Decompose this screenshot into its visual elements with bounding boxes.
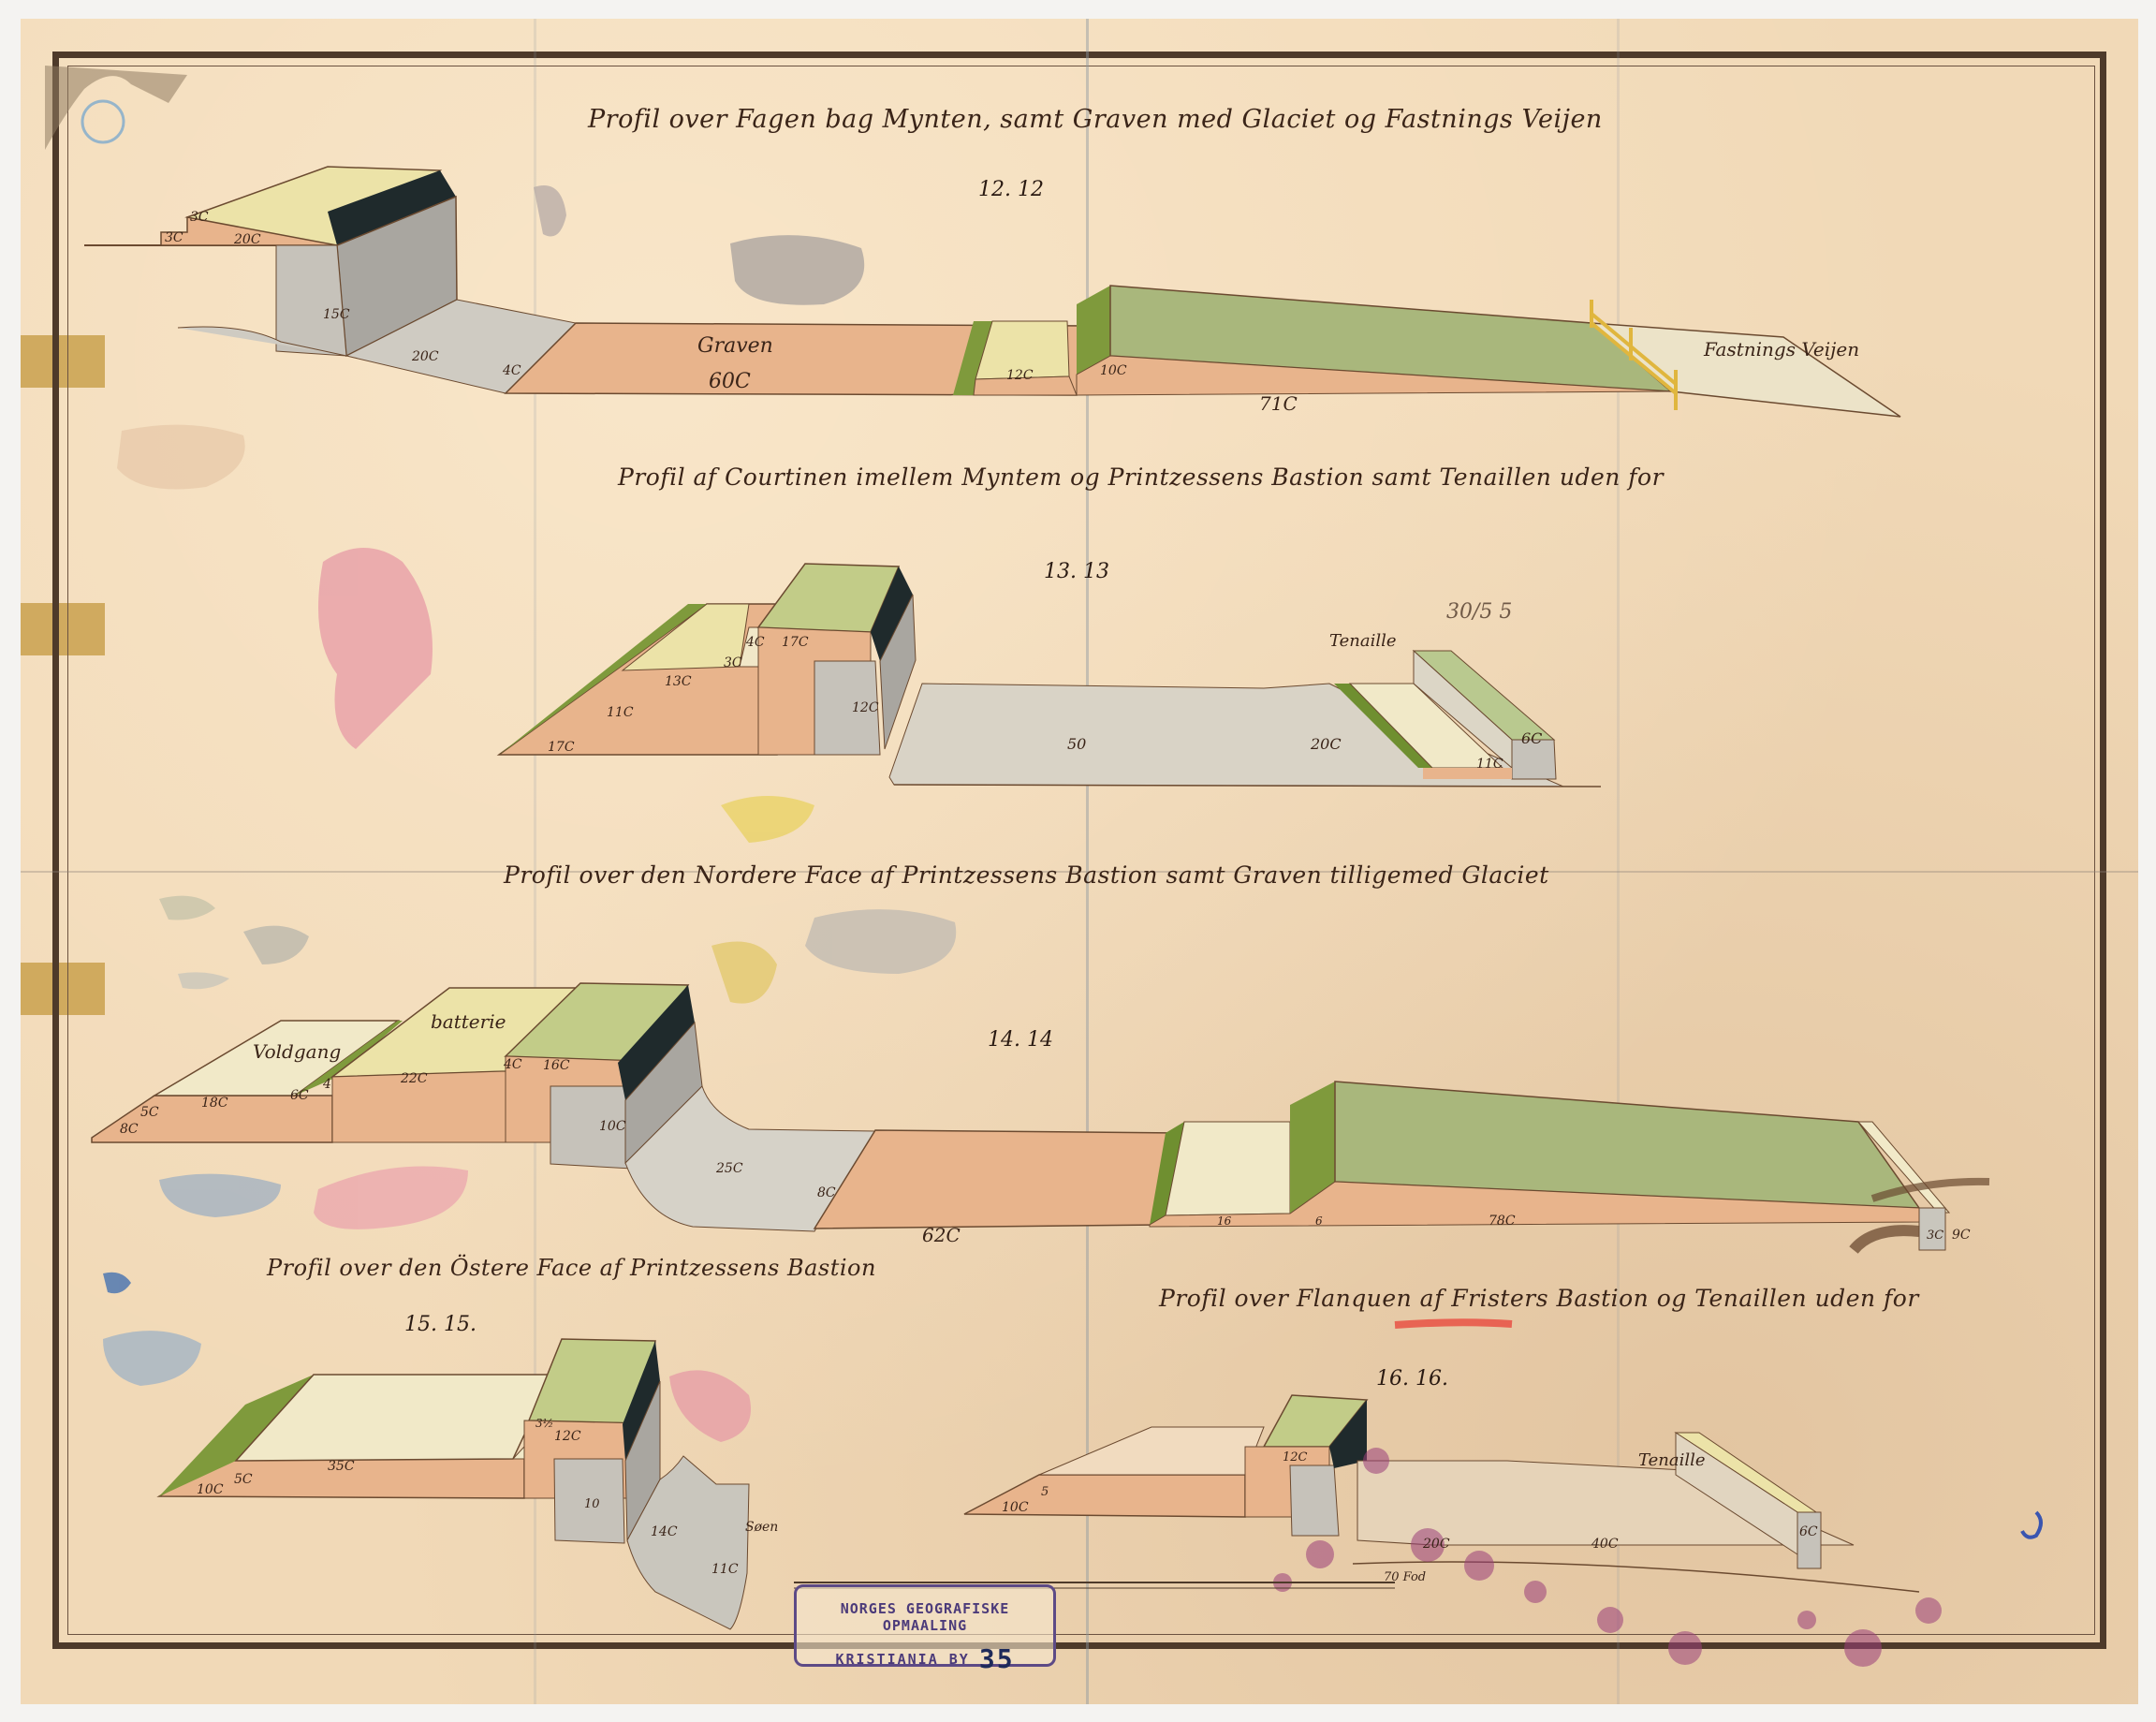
svg-text:11C: 11C [711, 1562, 739, 1577]
svg-text:71C: 71C [1259, 392, 1298, 415]
svg-text:6: 6 [1315, 1214, 1323, 1228]
svg-text:22C: 22C [400, 1071, 428, 1086]
svg-text:Voldgang: Voldgang [253, 1040, 341, 1063]
red-underline [1395, 1322, 1512, 1325]
svg-text:50: 50 [1067, 735, 1086, 753]
profile-13-title: Profil af Courtinen imellem Myntem og Pr… [618, 464, 1664, 491]
stamp-line-1: NORGES GEOGRAFISKE OPMAALING [797, 1600, 1053, 1634]
profile-15-title: Profil over den Östere Face af Printzess… [267, 1255, 876, 1281]
svg-text:5C: 5C [140, 1105, 159, 1120]
svg-text:35C: 35C [328, 1459, 355, 1474]
svg-text:10C: 10C [1002, 1500, 1029, 1515]
profile-12-title: Profil over Fagen bag Mynten, samt Grave… [588, 105, 1603, 134]
svg-text:17C: 17C [548, 740, 575, 755]
svg-text:13C: 13C [665, 674, 692, 689]
profile-12-number: 12. 12 [978, 178, 1044, 201]
profile-15-number: 15. 15. [404, 1313, 477, 1336]
svg-text:3C: 3C [190, 210, 209, 225]
svg-text:20C: 20C [1310, 735, 1342, 753]
svg-text:6C: 6C [1521, 729, 1542, 747]
svg-text:3C: 3C [1927, 1229, 1943, 1243]
svg-text:4C: 4C [502, 363, 521, 378]
svg-text:8C: 8C [817, 1185, 836, 1200]
profile-16-title: Profil over Flanquen af Fristers Bastion… [1159, 1285, 1919, 1312]
svg-text:25C: 25C [715, 1161, 743, 1176]
svg-text:15C: 15C [323, 307, 350, 322]
svg-text:10C: 10C [197, 1482, 224, 1497]
svg-text:6C: 6C [290, 1088, 309, 1103]
profile-16-number: 16. 16. [1376, 1367, 1448, 1391]
profile-13-number: 13. 13 [1044, 560, 1109, 583]
svg-text:3C: 3C [724, 655, 742, 670]
svg-text:30/5 5: 30/5 5 [1446, 600, 1512, 624]
svg-text:Tenaille: Tenaille [1638, 1450, 1706, 1470]
svg-text:9C: 9C [1952, 1228, 1971, 1243]
svg-text:70 Fod: 70 Fod [1384, 1570, 1426, 1584]
svg-text:Tenaille: Tenaille [1329, 631, 1397, 651]
profile-14-title: Profil over den Nordere Face af Printzes… [504, 861, 1549, 889]
svg-text:Graven: Graven [697, 334, 773, 358]
svg-text:78C: 78C [1489, 1214, 1516, 1229]
profile-12-drawing: Graven 60C Fastnings Veijen 71C 3C 3C 20… [84, 167, 1900, 417]
svg-text:12C: 12C [1006, 368, 1034, 383]
svg-text:4: 4 [322, 1077, 331, 1092]
archive-stamp: NORGES GEOGRAFISKE OPMAALING KRISTIANIA … [794, 1584, 1056, 1667]
svg-text:3C: 3C [165, 230, 183, 245]
svg-text:10C: 10C [599, 1119, 626, 1134]
svg-text:Fastnings Veijen: Fastnings Veijen [1703, 338, 1859, 361]
svg-text:4C: 4C [745, 635, 765, 650]
svg-text:12C: 12C [1283, 1450, 1308, 1464]
svg-text:4C: 4C [503, 1057, 522, 1072]
svg-text:20C: 20C [233, 232, 261, 247]
svg-text:batterie: batterie [431, 1010, 506, 1033]
svg-text:62C: 62C [922, 1224, 961, 1246]
stamp-number: 35 [979, 1643, 1015, 1674]
svg-text:20C: 20C [1422, 1537, 1450, 1552]
svg-text:11C: 11C [1476, 757, 1503, 772]
svg-text:5: 5 [1041, 1485, 1049, 1499]
svg-text:Søen: Søen [745, 1520, 778, 1535]
svg-text:10C: 10C [1100, 363, 1127, 378]
svg-text:5C: 5C [234, 1472, 253, 1487]
stamp-line-2: KRISTIANIA BY [835, 1651, 969, 1668]
svg-text:12C: 12C [554, 1429, 581, 1444]
svg-text:14C: 14C [651, 1524, 678, 1539]
svg-text:8C: 8C [120, 1122, 139, 1137]
svg-text:11C: 11C [607, 705, 634, 720]
svg-text:40C: 40C [1591, 1537, 1619, 1552]
svg-text:18C: 18C [201, 1096, 228, 1111]
svg-text:16: 16 [1217, 1214, 1232, 1228]
svg-text:16C: 16C [543, 1058, 570, 1073]
profile-13-drawing: Tenaille 30/5 5 50 20C 6C 11C 17C 11C 13… [499, 564, 1601, 787]
profile-14-number: 14. 14 [988, 1028, 1053, 1052]
svg-text:6C: 6C [1799, 1524, 1818, 1539]
svg-text:17C: 17C [782, 635, 809, 650]
svg-text:12C: 12C [852, 700, 879, 715]
svg-text:10: 10 [584, 1497, 600, 1511]
svg-text:3½: 3½ [535, 1417, 553, 1430]
svg-text:20C: 20C [411, 349, 439, 364]
svg-text:60C: 60C [709, 370, 751, 393]
